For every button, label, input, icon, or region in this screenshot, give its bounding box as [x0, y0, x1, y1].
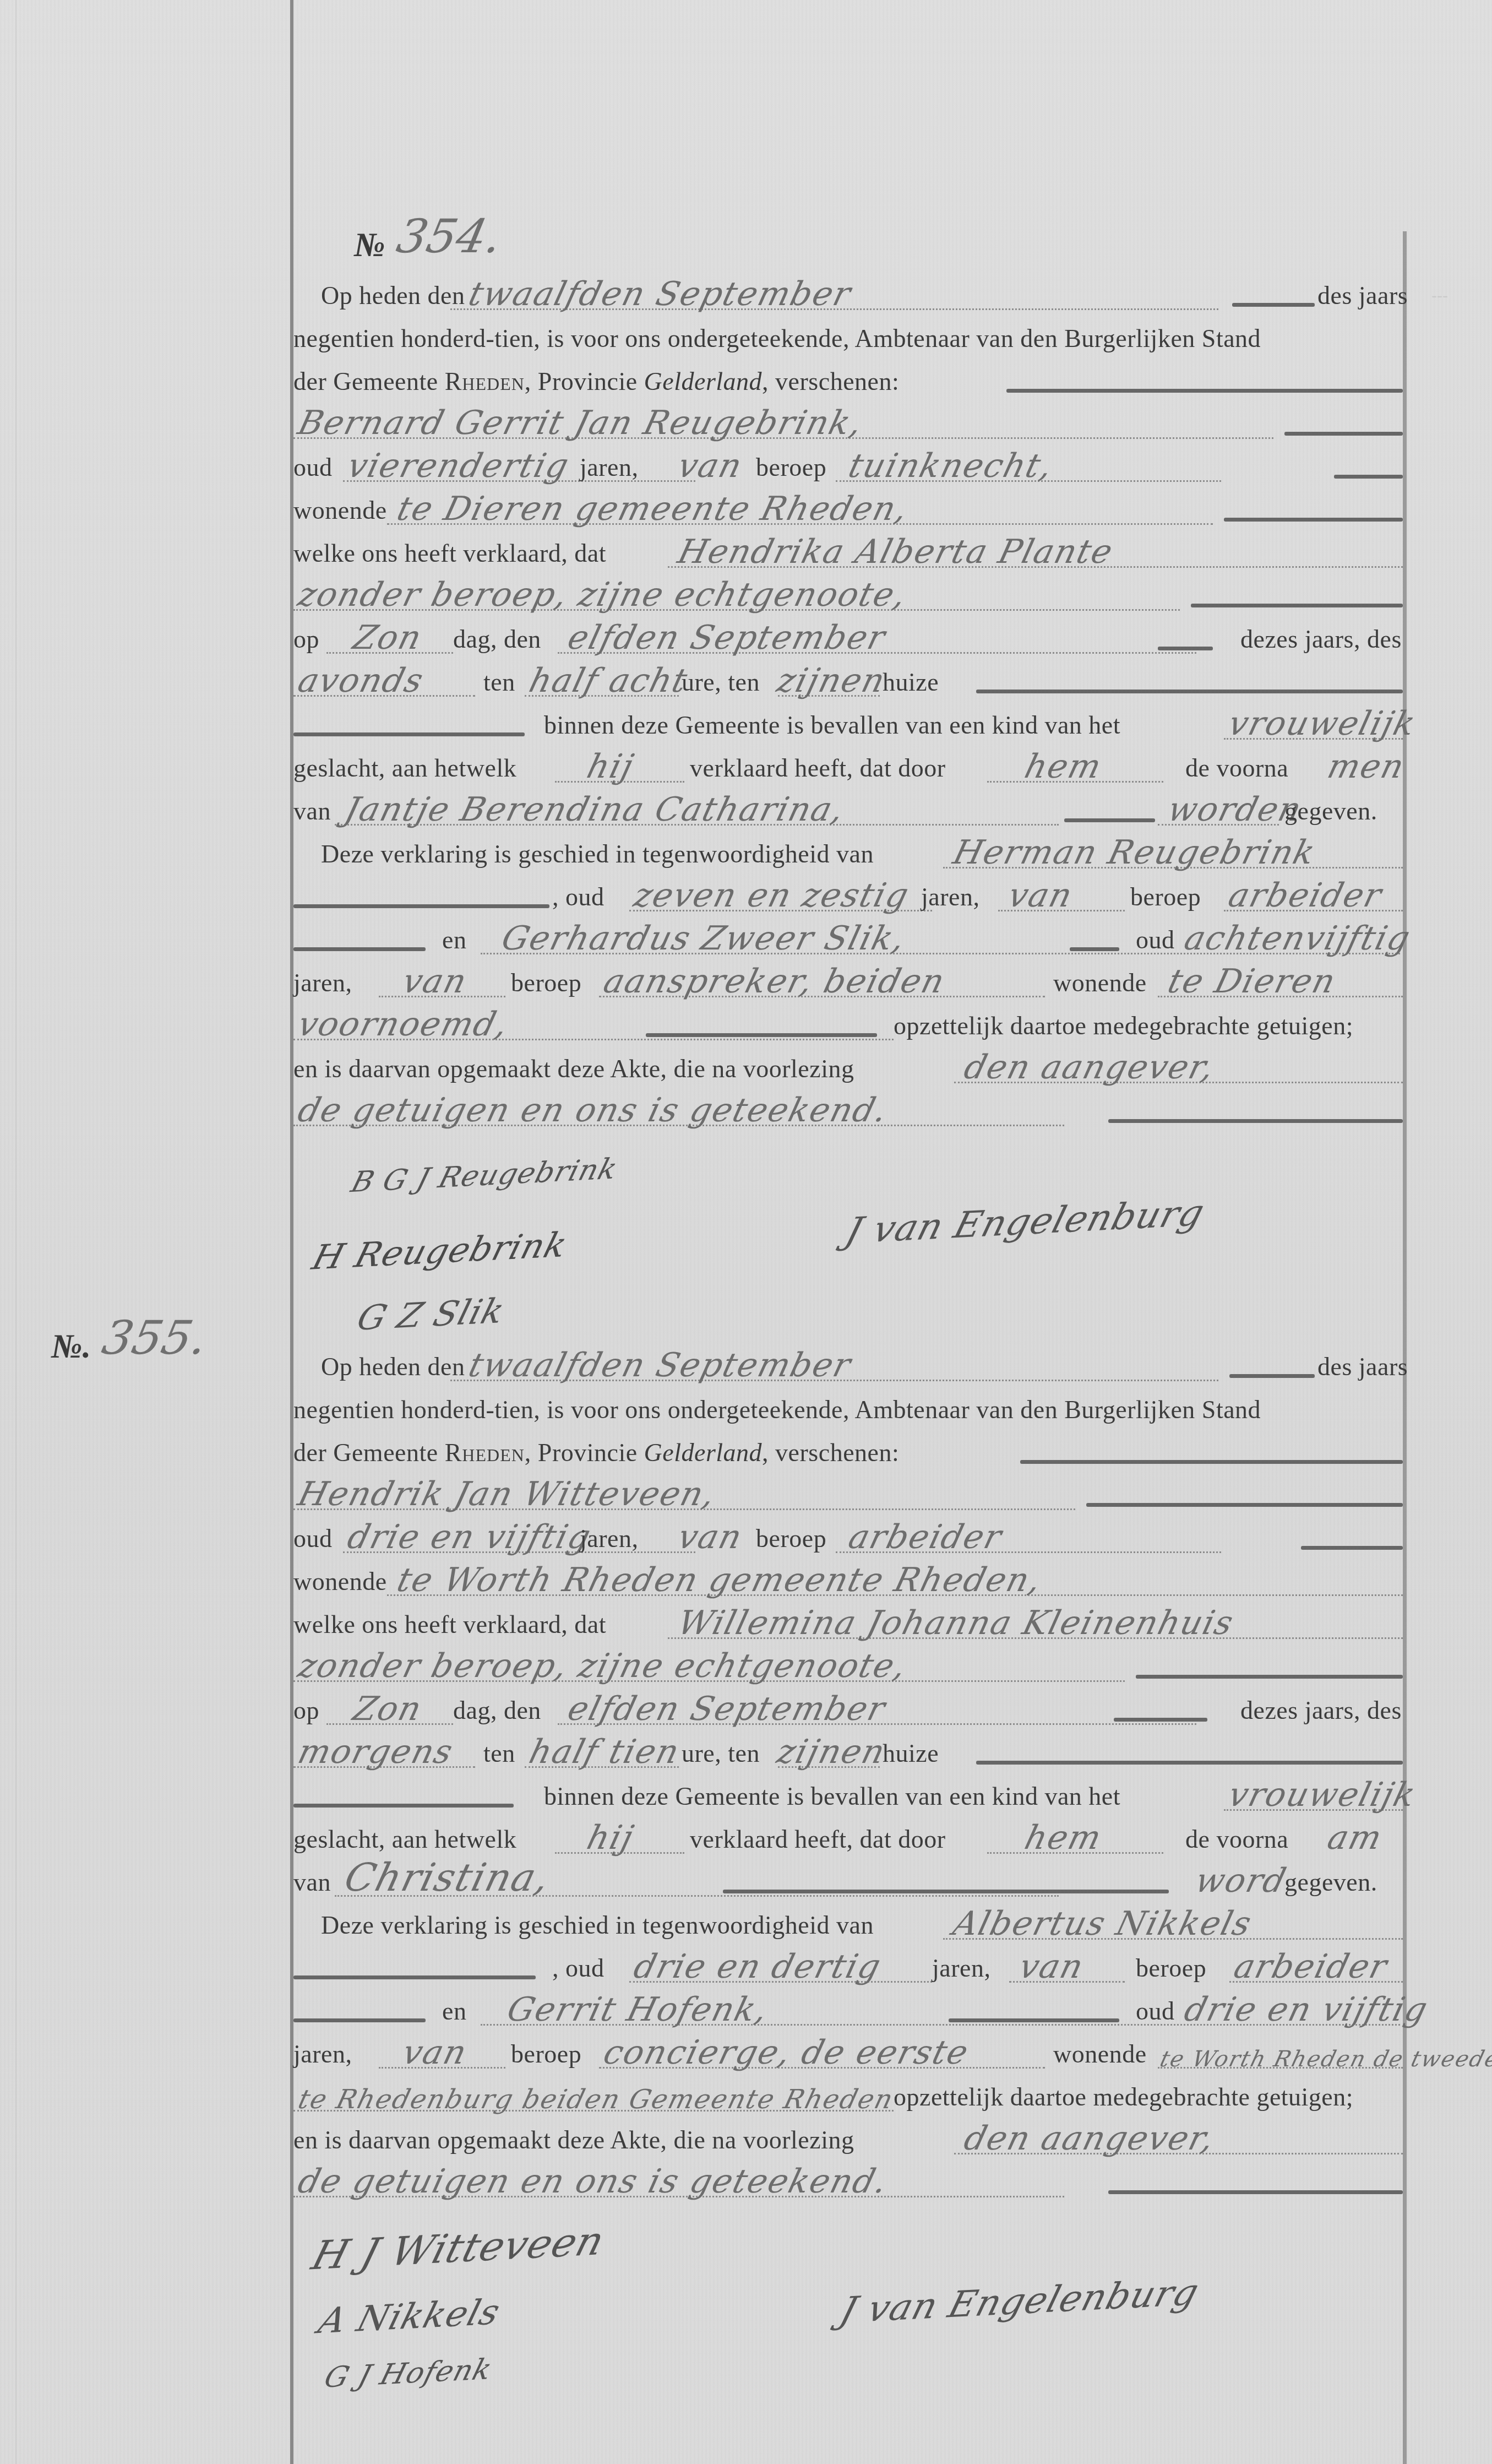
- witness2-age: achtenvijftig: [1180, 919, 1414, 958]
- label-verklaard-door: verklaard heeft, dat door: [690, 753, 946, 783]
- label-year-line: negentien honderd-tien, is voor ons onde…: [293, 324, 1261, 353]
- label-beroep: beroep: [756, 453, 826, 482]
- van-text: van: [1015, 1947, 1088, 1986]
- label-opzettelijk: opzettelijk daartoe medegebrachte getuig…: [894, 1011, 1353, 1040]
- house-owner: zijnen: [773, 1733, 890, 1771]
- witness-residence-2: voornoemd,: [294, 1005, 513, 1044]
- birth-weekday: Zon: [349, 1690, 426, 1728]
- declarant-pronoun: hij: [583, 1819, 638, 1857]
- label-year-line: negentien honderd-tien, is voor ons onde…: [293, 1395, 1261, 1424]
- signature-witness1: H Reugebrink: [308, 1224, 572, 1278]
- label-binnen: binnen deze Gemeente is bevallen van een…: [544, 1782, 1120, 1811]
- witness2-name: Gerhardus Zweer Slik,: [498, 919, 910, 958]
- label-oud: oud: [293, 1524, 333, 1553]
- municipality-name: Rheden: [445, 1439, 525, 1467]
- label-wonende: wonende: [293, 496, 387, 525]
- bleed-through-text: ---: [1431, 286, 1448, 305]
- label-provincie: , Provincie: [525, 367, 638, 395]
- label-ure-ten: ure, ten: [682, 1739, 760, 1768]
- label-jaren-2: jaren,: [932, 1953, 990, 1983]
- label-des-jaars: des jaars: [1317, 281, 1408, 310]
- label-deze-verklaring: Deze verklaring is geschied in tegenwoor…: [321, 839, 874, 869]
- mother-description: zonder beroep, zijne echtgenoote,: [294, 576, 911, 614]
- label-verschenen: , verschenen:: [762, 1439, 899, 1467]
- label-opzettelijk: opzettelijk daartoe medegebrachte getuig…: [894, 2082, 1353, 2112]
- worden-text: word: [1191, 1861, 1290, 1900]
- label-provincie: , Provincie: [525, 1439, 638, 1467]
- label-des-jaars: des jaars: [1317, 1352, 1408, 1381]
- label-der-gemeente: der Gemeente: [293, 1439, 438, 1467]
- label-verklaard-door: verklaard heeft, dat door: [690, 1825, 946, 1854]
- witness2-name: Gerrit Hofenk,: [503, 1990, 772, 2029]
- voornaam-suffix: am: [1324, 1819, 1386, 1857]
- witness1-age: zeven en zestig: [630, 876, 913, 915]
- signature-witness1: A Nikkels: [314, 2292, 504, 2342]
- witness2-occupation: concierge, de eerste: [600, 2033, 973, 2072]
- declarant-residence: te Worth Rheden gemeente Rheden,: [393, 1561, 1046, 1599]
- witness1-occupation: arbeider: [1224, 876, 1386, 915]
- witness1-occupation: arbeider: [1230, 1947, 1392, 1986]
- witness1-age: drie en dertig: [630, 1947, 885, 1986]
- read-to: den aangever,: [960, 1048, 1219, 1087]
- label-oud: oud: [293, 453, 333, 482]
- witness2-occupation: aanspreker, beiden: [600, 962, 949, 1001]
- label-geslacht: geslacht, aan hetwelk: [293, 753, 516, 783]
- named-by: hem: [1021, 747, 1106, 786]
- van-text: van: [674, 447, 747, 485]
- mother-name: Hendrika Alberta Plante: [674, 533, 1117, 571]
- label-en-is: en is daarvan opgemaakt deze Akte, die n…: [293, 2125, 854, 2154]
- declarant-name: Bernard Gerrit Jan Reugebrink,: [294, 404, 867, 442]
- child-names: Christina,: [340, 1855, 555, 1900]
- declarant-pronoun: hij: [583, 747, 638, 786]
- child-sex: vrouwelijk: [1224, 1776, 1420, 1814]
- label-der-gemeente: der Gemeente: [293, 367, 438, 395]
- label-van: van: [293, 1868, 331, 1897]
- label-gegeven: gegeven.: [1284, 1868, 1377, 1897]
- birth-weekday: Zon: [349, 618, 426, 657]
- birth-hour: half tien: [525, 1733, 684, 1771]
- signature-witness2: G J Hofenk: [321, 2353, 496, 2394]
- label-dag-den: dag, den: [453, 1696, 541, 1725]
- signature-declarant: B G J Reugebrink: [347, 1153, 621, 1200]
- label-voorna: de voorna: [1185, 753, 1288, 783]
- child-names: Jantje Berendina Catharina,: [341, 790, 848, 829]
- label-op: op: [293, 1696, 319, 1725]
- signature-declarant: H J Witteveen: [307, 2217, 610, 2278]
- signature-registrar: J van Engelenburg: [841, 1191, 1210, 1252]
- house-owner: zijnen: [773, 661, 890, 700]
- label-beroep-3: beroep: [511, 2039, 581, 2069]
- label-en: en: [442, 925, 466, 954]
- label-dezes-jaars: dezes jaars, des: [1240, 1696, 1402, 1725]
- label-wonende-2: wonende: [1053, 2039, 1147, 2069]
- label-jaren: jaren,: [580, 1524, 638, 1553]
- entry-number-value: 355.: [98, 1311, 213, 1365]
- margin-guide: [15, 0, 17, 2464]
- read-to: den aangever,: [960, 2119, 1219, 2158]
- label-gegeven: gegeven.: [1284, 796, 1377, 826]
- label-jaren-3: jaren,: [293, 2039, 352, 2069]
- label-geslacht: geslacht, aan hetwelk: [293, 1825, 516, 1854]
- van-text: van: [1004, 876, 1077, 915]
- province-name: Gelderland: [644, 1439, 763, 1467]
- label-van: van: [293, 796, 331, 826]
- label-deze-verklaring: Deze verklaring is geschied in tegenwoor…: [321, 1911, 874, 1940]
- label-oud-2: , oud: [552, 1953, 605, 1983]
- municipality-name: Rheden: [445, 367, 525, 395]
- witness-residence: te Dieren: [1164, 962, 1340, 1001]
- label-jaren: jaren,: [580, 453, 638, 482]
- signed-line: de getuigen en ons is geteekend.: [294, 1091, 892, 1130]
- birth-hour: half acht: [525, 661, 691, 700]
- registration-date: twaalfden September: [465, 275, 856, 313]
- label-oud-2: , oud: [552, 882, 605, 911]
- label-binnen: binnen deze Gemeente is bevallen van een…: [544, 710, 1120, 740]
- signed-line: de getuigen en ons is geteekend.: [294, 2162, 892, 2201]
- label-op-heden: Op heden den: [321, 281, 465, 310]
- label-dag-den: dag, den: [453, 625, 541, 654]
- mother-name: Willemina Johanna Kleinenhuis: [674, 1604, 1238, 1642]
- named-by: hem: [1021, 1819, 1106, 1857]
- witness-residence-2: te Rhedenburg beiden Gemeente Rheden: [295, 2084, 897, 2115]
- label-oud-3: oud: [1136, 1996, 1175, 2026]
- witness-residence: te Worth Rheden de tweede: [1157, 2047, 1492, 2072]
- van-text: van: [399, 2033, 471, 2072]
- label-beroep-3: beroep: [511, 968, 581, 997]
- signature-registrar: J van Engelenburg: [836, 2271, 1204, 2331]
- witness2-age: drie en vijftig: [1180, 1990, 1432, 2029]
- birth-date: elfden September: [564, 618, 890, 657]
- registration-date: twaalfden September: [465, 1346, 856, 1385]
- witness1-name: Albertus Nikkels: [949, 1904, 1256, 1943]
- label-huize: huize: [883, 667, 939, 697]
- declarant-name: Hendrik Jan Witteveen,: [294, 1475, 720, 1513]
- time-of-day: morgens: [294, 1733, 458, 1771]
- child-sex: vrouwelijk: [1224, 704, 1420, 743]
- label-verschenen: , verschenen:: [762, 367, 899, 395]
- van-text: van: [399, 962, 471, 1001]
- label-huize: huize: [883, 1739, 939, 1768]
- label-ten: ten: [483, 1739, 515, 1768]
- birth-date: elfden September: [564, 1690, 890, 1728]
- label-en-is: en is daarvan opgemaakt deze Akte, die n…: [293, 1054, 854, 1083]
- declarant-occupation: tuinknecht,: [845, 447, 1057, 485]
- label-ure-ten: ure, ten: [682, 667, 760, 697]
- declarant-age: drie en vijftig: [344, 1518, 595, 1556]
- voornamen-suffix: men: [1324, 747, 1409, 786]
- label-op-heden: Op heden den: [321, 1352, 465, 1381]
- province-name: Gelderland: [644, 367, 763, 395]
- van-text: van: [674, 1518, 747, 1556]
- label-welke: welke ons heeft verklaard, dat: [293, 539, 606, 568]
- label-oud-3: oud: [1136, 925, 1175, 954]
- label-beroep-2: beroep: [1130, 882, 1201, 911]
- label-jaren-2: jaren,: [921, 882, 979, 911]
- declarant-residence: te Dieren gemeente Rheden,: [393, 490, 912, 528]
- label-dezes-jaars: dezes jaars, des: [1240, 625, 1402, 654]
- label-en: en: [442, 1996, 466, 2026]
- mother-description: zonder beroep, zijne echtgenoote,: [294, 1647, 911, 1685]
- entry-number-value: 354.: [393, 209, 507, 263]
- label-beroep-2: beroep: [1136, 1953, 1206, 1983]
- number-sign-icon: №: [354, 226, 385, 265]
- time-of-day: avonds: [294, 661, 428, 700]
- number-sign-icon: №.: [51, 1327, 91, 1366]
- signature-witness2: G Z Slik: [353, 1290, 509, 1338]
- label-voorna: de voorna: [1185, 1825, 1288, 1854]
- label-op: op: [293, 625, 319, 654]
- declarant-occupation: arbeider: [845, 1518, 1006, 1556]
- label-welke: welke ons heeft verklaard, dat: [293, 1610, 606, 1639]
- declarant-age: vierendertig: [344, 447, 573, 485]
- label-wonende: wonende: [293, 1567, 387, 1596]
- label-jaren-3: jaren,: [293, 968, 352, 997]
- form-right-border: [1403, 231, 1407, 2464]
- witness1-name: Herman Reugebrink: [949, 833, 1320, 872]
- label-ten: ten: [483, 667, 515, 697]
- label-wonende-2: wonende: [1053, 968, 1147, 997]
- label-beroep: beroep: [756, 1524, 826, 1553]
